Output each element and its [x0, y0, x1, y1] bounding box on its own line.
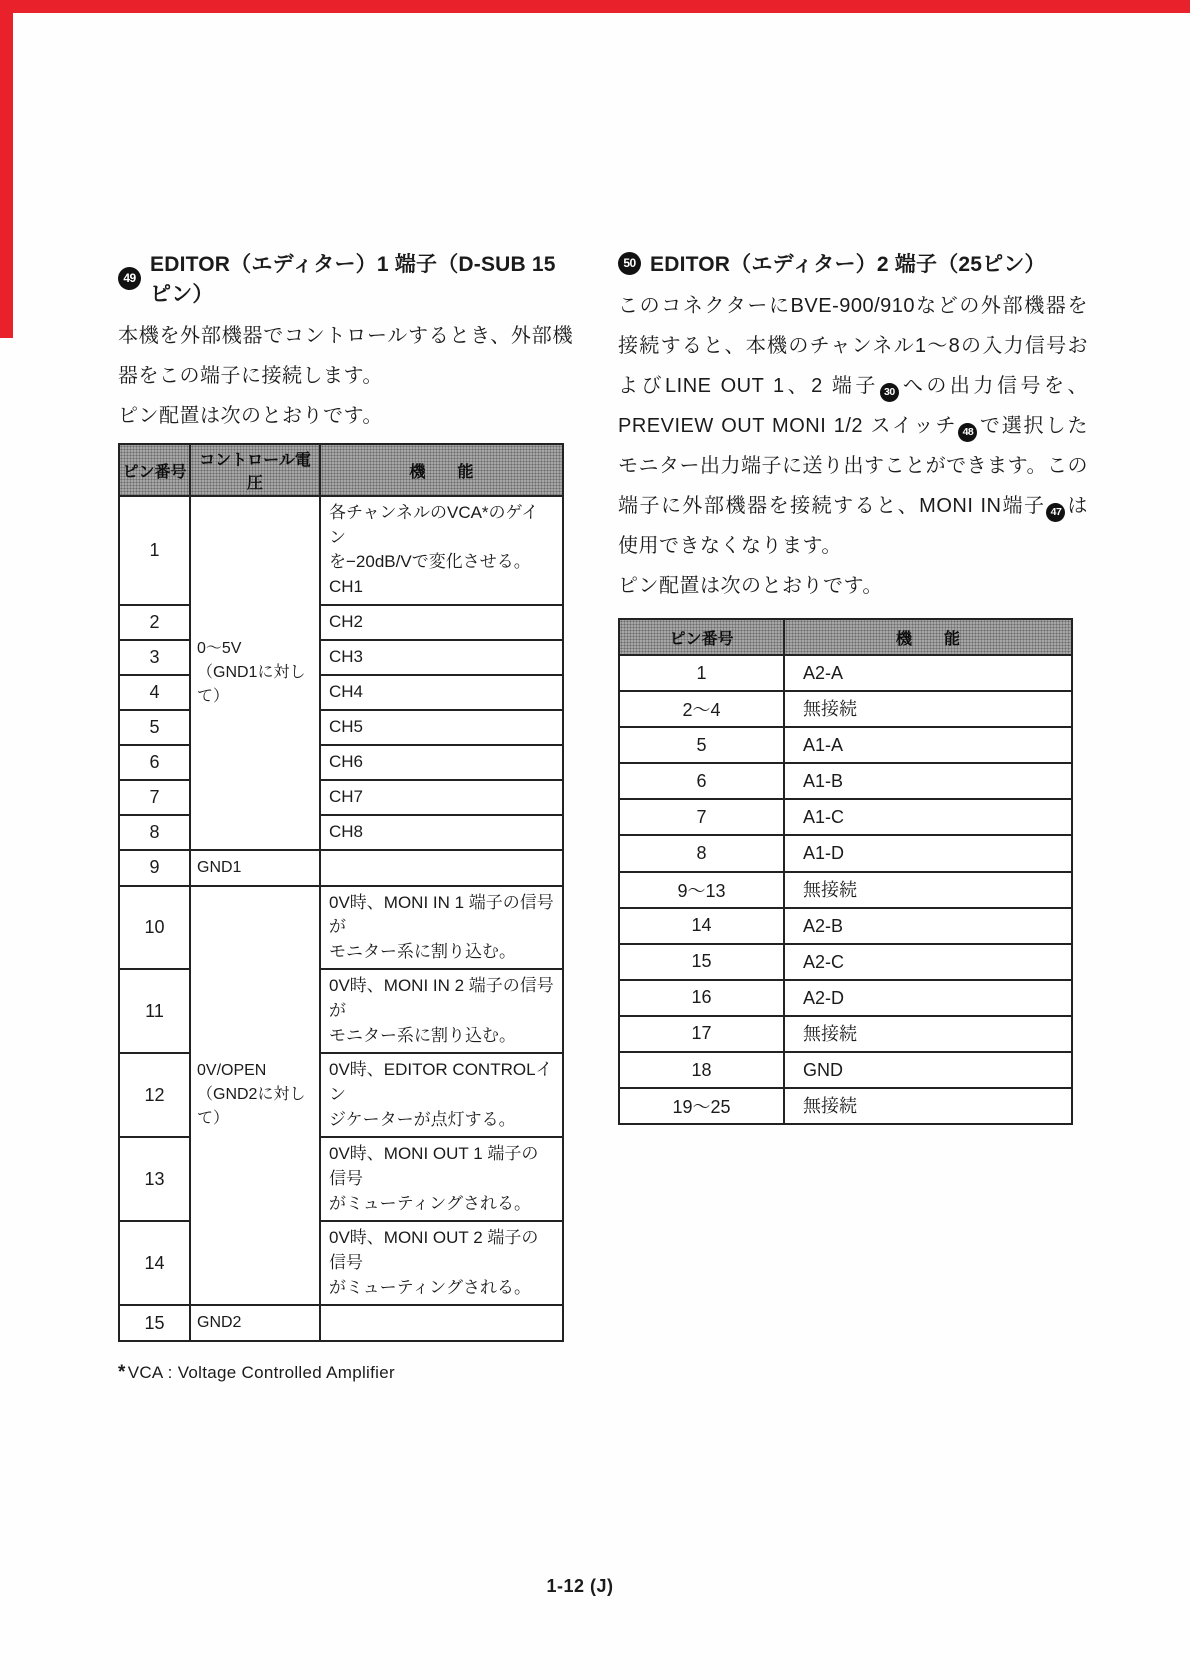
section-heading-editor1: 49 EDITOR（エディター）1 端子（D-SUB 15ピン）	[118, 248, 573, 308]
table-row: 4 CH4	[119, 675, 563, 710]
table-row: 14 0V時、MONI OUT 2 端子の信号 がミューティングされる。	[119, 1221, 563, 1305]
pin-number-cell: 10	[119, 886, 190, 970]
table-row: 9 GND1	[119, 850, 563, 886]
function-cell: A2-A	[784, 655, 1072, 691]
pin-number-cell: 2〜4	[619, 691, 784, 727]
table-row: 2〜4 無接続	[619, 691, 1072, 727]
pin-number-cell: 17	[619, 1016, 784, 1052]
circled-number-49-badge: 49	[118, 267, 141, 290]
table-row: 18 GND	[619, 1052, 1072, 1088]
vca-footnote: *VCA : Voltage Controlled Amplifier	[118, 1362, 573, 1384]
pin-number-cell: 9	[119, 850, 190, 886]
pin-number-cell: 3	[119, 640, 190, 675]
function-cell: GND	[784, 1052, 1072, 1088]
table-row: 5 CH5	[119, 710, 563, 745]
scan-edge-top	[0, 0, 1190, 13]
header-pin-number: ピン番号	[119, 444, 190, 496]
scan-edge-left	[0, 0, 13, 338]
section-paragraph: 本機を外部機器でコントロールするとき、外部機器をこの端子に接続します。	[118, 316, 573, 396]
function-cell: 0V時、MONI OUT 1 端子の信号 がミューティングされる。	[320, 1137, 563, 1221]
pin-layout-note: ピン配置は次のとおりです。	[618, 566, 1088, 606]
header-function: 機 能	[784, 619, 1072, 655]
pin-number-cell: 4	[119, 675, 190, 710]
function-cell: A2-D	[784, 980, 1072, 1016]
table-row: 11 0V時、MONI IN 2 端子の信号が モニター系に割り込む。	[119, 969, 563, 1053]
table-row: 16 A2-D	[619, 980, 1072, 1016]
pin-number-cell: 11	[119, 969, 190, 1053]
pin-number-cell: 19〜25	[619, 1088, 784, 1124]
section-paragraph: このコネクターにBVE-900/910などの外部機器を接続すると、本機のチャンネ…	[618, 286, 1088, 566]
control-voltage-cell: GND1	[190, 850, 320, 886]
pin-number-cell: 7	[119, 780, 190, 815]
function-cell: A1-C	[784, 799, 1072, 835]
pin-number-cell: 16	[619, 980, 784, 1016]
function-cell: 無接続	[784, 1016, 1072, 1052]
table-row: 1 A2-A	[619, 655, 1072, 691]
pin-number-cell: 12	[119, 1053, 190, 1137]
circled-number-50-badge: 50	[618, 252, 641, 275]
function-cell: A1-A	[784, 727, 1072, 763]
page-number: 1-12 (J)	[0, 1576, 1160, 1597]
header-function: 機 能	[320, 444, 563, 496]
table-row: 7 A1-C	[619, 799, 1072, 835]
function-cell: 0V時、MONI IN 1 端子の信号が モニター系に割り込む。	[320, 886, 563, 970]
function-cell: CH6	[320, 745, 563, 780]
pin-number-cell: 15	[619, 944, 784, 980]
pin-layout-note: ピン配置は次のとおりです。	[118, 396, 573, 436]
pin-number-cell: 7	[619, 799, 784, 835]
circled-number-47-badge: 47	[1046, 503, 1065, 522]
circled-number-48-badge: 48	[958, 423, 977, 442]
editor1-pin-table: ピン番号 コントロール電圧 機 能 1 0〜5V （GND1に対して） 各チャン…	[118, 443, 564, 1342]
pin-number-cell: 5	[619, 727, 784, 763]
function-cell: A2-C	[784, 944, 1072, 980]
table-row: 8 CH8	[119, 815, 563, 850]
function-cell: 0V時、MONI IN 2 端子の信号が モニター系に割り込む。	[320, 969, 563, 1053]
table-row: 1 0〜5V （GND1に対して） 各チャンネルのVCA*のゲイン を−20dB…	[119, 496, 563, 605]
section-title: EDITOR（エディター）1 端子（D-SUB 15ピン）	[150, 248, 573, 308]
table-row: 2 CH2	[119, 605, 563, 640]
table-row: 12 0V時、EDITOR CONTROLイン ジケーターが点灯する。	[119, 1053, 563, 1137]
function-cell: CH2	[320, 605, 563, 640]
table-row: 7 CH7	[119, 780, 563, 815]
table-row: 5 A1-A	[619, 727, 1072, 763]
header-control-voltage: コントロール電圧	[190, 444, 320, 496]
pin-number-cell: 14	[619, 908, 784, 944]
table-row: 15 A2-C	[619, 944, 1072, 980]
function-cell: 各チャンネルのVCA*のゲイン を−20dB/Vで変化させる。 CH1	[320, 496, 563, 605]
function-cell: 無接続	[784, 691, 1072, 727]
asterisk-marker: *	[118, 1362, 126, 1383]
function-cell: 0V時、MONI OUT 2 端子の信号 がミューティングされる。	[320, 1221, 563, 1305]
function-cell: A2-B	[784, 908, 1072, 944]
section-editor1: 49 EDITOR（エディター）1 端子（D-SUB 15ピン） 本機を外部機器…	[118, 248, 573, 1401]
header-pin-number: ピン番号	[619, 619, 784, 655]
control-voltage-cell: 0〜5V （GND1に対して）	[190, 496, 320, 850]
pin-number-cell: 15	[119, 1305, 190, 1341]
function-cell: 0V時、EDITOR CONTROLイン ジケーターが点灯する。	[320, 1053, 563, 1137]
pin-number-cell: 6	[119, 745, 190, 780]
circled-number-30-badge: 30	[880, 383, 899, 402]
pin-number-cell: 13	[119, 1137, 190, 1221]
table-row: 15 GND2	[119, 1305, 563, 1341]
editor2-pin-table: ピン番号 機 能 1 A2-A 2〜4 無接続 5 A1-A 6	[618, 618, 1073, 1125]
table-row: 3 CH3	[119, 640, 563, 675]
pin-number-cell: 1	[619, 655, 784, 691]
function-cell: CH4	[320, 675, 563, 710]
table-row: 13 0V時、MONI OUT 1 端子の信号 がミューティングされる。	[119, 1137, 563, 1221]
table-row: 17 無接続	[619, 1016, 1072, 1052]
control-voltage-cell: 0V/OPEN （GND2に対して）	[190, 886, 320, 1306]
table-row: 6 CH6	[119, 745, 563, 780]
pin-number-cell: 6	[619, 763, 784, 799]
table-row: 14 A2-B	[619, 908, 1072, 944]
function-cell	[320, 1305, 563, 1341]
table-row: 8 A1-D	[619, 835, 1072, 871]
section-title: EDITOR（エディター）2 端子（25ピン）	[650, 248, 1046, 278]
pin-number-cell: 5	[119, 710, 190, 745]
vca-footnote-text: VCA : Voltage Controlled Amplifier	[128, 1363, 395, 1382]
table-row: 9〜13 無接続	[619, 872, 1072, 908]
function-cell: 無接続	[784, 872, 1072, 908]
pin-number-cell: 9〜13	[619, 872, 784, 908]
table-row: 19〜25 無接続	[619, 1088, 1072, 1124]
section-heading-editor2: 50 EDITOR（エディター）2 端子（25ピン）	[618, 248, 1088, 278]
function-cell: CH8	[320, 815, 563, 850]
pin-number-cell: 8	[619, 835, 784, 871]
pin-number-cell: 14	[119, 1221, 190, 1305]
function-cell	[320, 850, 563, 886]
function-cell: CH5	[320, 710, 563, 745]
control-voltage-cell: GND2	[190, 1305, 320, 1341]
function-cell: CH3	[320, 640, 563, 675]
pin-number-cell: 1	[119, 496, 190, 605]
pin-number-cell: 2	[119, 605, 190, 640]
function-cell: CH7	[320, 780, 563, 815]
pin-number-cell: 8	[119, 815, 190, 850]
function-cell: 無接続	[784, 1088, 1072, 1124]
table-header-row: ピン番号 機 能	[619, 619, 1072, 655]
table-row: 6 A1-B	[619, 763, 1072, 799]
pin-number-cell: 18	[619, 1052, 784, 1088]
function-cell: A1-B	[784, 763, 1072, 799]
table-header-row: ピン番号 コントロール電圧 機 能	[119, 444, 563, 496]
function-cell: A1-D	[784, 835, 1072, 871]
manual-page: 49 EDITOR（エディター）1 端子（D-SUB 15ピン） 本機を外部機器…	[0, 0, 1190, 1680]
section-editor2: 50 EDITOR（エディター）2 端子（25ピン） このコネクターにBVE-9…	[618, 248, 1088, 1125]
table-row: 10 0V/OPEN （GND2に対して） 0V時、MONI IN 1 端子の信…	[119, 886, 563, 970]
